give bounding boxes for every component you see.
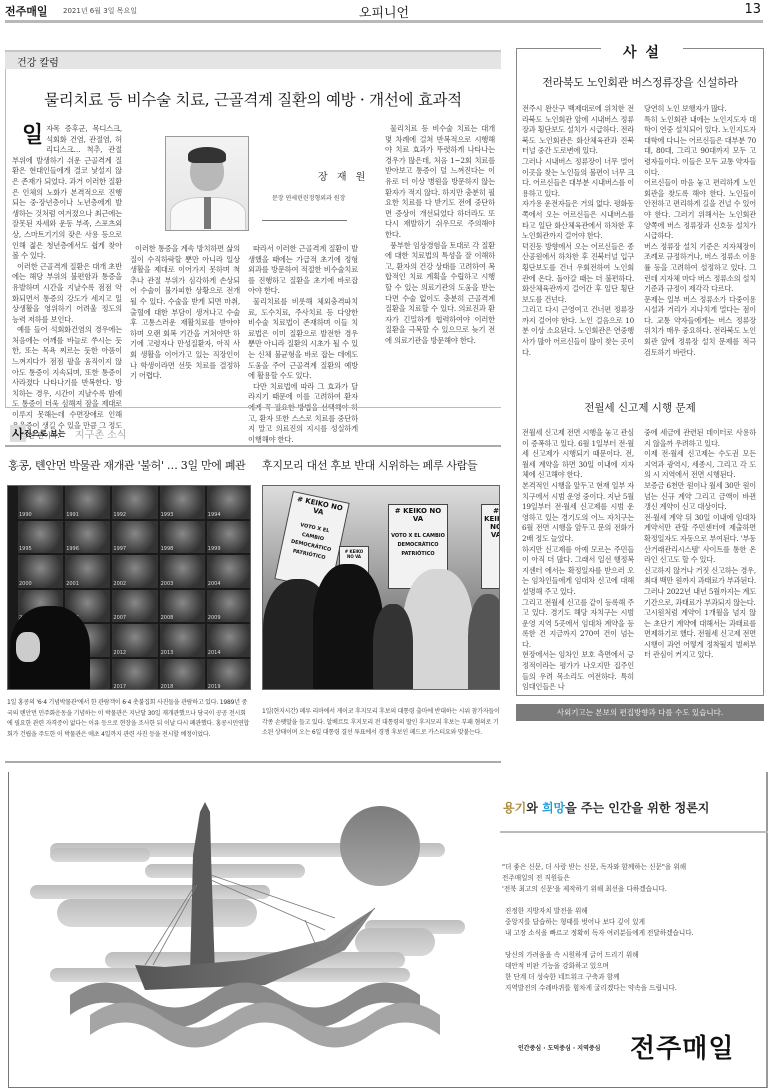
year-photo-tile: 2019 <box>207 659 251 691</box>
year-photo-tile: 1992 <box>112 486 157 519</box>
section-title: 오피니언 <box>5 2 763 21</box>
year-photo-tile: 1997 <box>112 521 157 554</box>
author-role: 문장 연세린린정형외과 원장 <box>272 193 345 202</box>
photo-title-hongkong: 홍콩, 톈안먼 박물관 재개관 '불허' … 3일 만에 폐관 <box>8 457 245 473</box>
year-photo-tile: 2004 <box>207 555 251 588</box>
photo-news-header: 사 진으로 보는 지구촌 소식 <box>5 425 501 447</box>
year-photo-tile: 2007 <box>112 590 157 623</box>
editorial-sub-col-2: 중에 세금에 관련된 데이터로 사용하지 않을까 우려하고 있다. 이제 전·월… <box>644 428 756 661</box>
year-photo-tile: 1990 <box>18 486 63 519</box>
year-photo-tile: 2017 <box>112 659 157 691</box>
author-name: 장 재 원 <box>318 168 368 183</box>
disclaimer-banner: 사외기고는 본보의 편집방향과 다를 수도 있습니다. <box>516 704 764 721</box>
year-photo-tile: 1991 <box>65 486 110 519</box>
year-photo-tile: 2012 <box>112 624 157 657</box>
year-photo-tile: 1993 <box>160 486 205 519</box>
health-col-1: 일자목 증후군, 목디스크, 석회화 건염, 관절염, 허리디스크… 척추, 관… <box>12 124 122 442</box>
editorial-title: 전라북도 노인회관 버스정류장을 신설하라 <box>516 74 764 90</box>
header-rule <box>5 20 763 23</box>
health-column-title: 물리치료 등 비수술 치료, 근골격계 질환의 예방 · 개선에 효과적 <box>5 88 501 110</box>
page-number: 13 <box>744 2 761 17</box>
ad-paragraph-3: 당신의 가려움을 속 시원하게 긁어 드리기 위해 대안적 비판 기능을 강화하… <box>505 950 677 994</box>
year-photo-tile: 2001 <box>65 555 110 588</box>
year-photo-tile: 1999 <box>207 521 251 554</box>
page-header: 전주매일 2021년 6월 3일 목요일 오피니언 13 <box>5 0 763 22</box>
author-photo <box>165 136 249 231</box>
year-photo-tile: 2009 <box>207 590 251 623</box>
ad-rule <box>500 831 768 833</box>
tiananmen-museum-photo: 1990199119921993199419951996199719981999… <box>7 485 251 690</box>
section-divider <box>5 761 501 763</box>
year-photo-tile: 1996 <box>65 521 110 554</box>
column-tag-bar: 건강 칼럼 <box>5 50 501 69</box>
year-photo-tile: 2000 <box>18 555 63 588</box>
ad-slogan: 용기와 희망을 주는 인간을 위한 정론지 <box>503 799 709 816</box>
author-rule <box>262 220 347 221</box>
ad-paragraph-1: "더 좋은 신문, 더 사랑 받는 신문, 독자와 함께하는 신문"을 위해 전… <box>502 862 686 895</box>
editorial-label: 사 설 <box>601 42 683 62</box>
peru-protest-photo: # KEIKO NO VAVOTO X EL CAMBIO DEMOCRÁTIC… <box>262 485 500 690</box>
year-photo-tile: 2013 <box>160 624 205 657</box>
editorial-sub-title: 전월세 신고제 시행 문제 <box>516 400 764 415</box>
dropcap: 일 <box>22 124 43 146</box>
ad-paragraph-2: 진정한 지방자치 발전을 위해 중앙지를 답습하는 형태를 벗어나 보다 깊이 … <box>505 906 694 939</box>
editorial-sub-col-1: 전월세 신고제 전면 시행을 놓고 관심이 증폭하고 있다. 6월 1일부터 전… <box>522 428 634 693</box>
editorial-col-1: 전주시 완산구 백제대로에 위치한 전라북도 노인회관 앞에 시내버스 정류장과… <box>522 104 634 358</box>
caption-peru: 1일(현지시간) 페루 리마에서 게이코 후지모리 후보의 대통령 출마에 반대… <box>262 707 500 739</box>
year-photo-tile: 2002 <box>112 555 157 588</box>
ad-logo: 전주매일 <box>630 1028 734 1065</box>
year-photo-tile: 1998 <box>160 521 205 554</box>
pen-nib-ship-icon <box>25 800 465 1060</box>
ad-tagline: 인간중심 · 도덕중심 · 지역중심 <box>518 1043 600 1052</box>
health-col-3: 따라서 이러한 근골격계 질환이 발생했을 때에는 가급적 초기에 정형외과를 … <box>248 244 358 445</box>
visitor-silhouette <box>10 606 90 690</box>
protest-sign: # KEIKO NO VA <box>481 504 500 589</box>
year-photo-tile: 1995 <box>18 521 63 554</box>
editorial-col-2: 당연히 노인 보행자가 많다. 특히 노인회관 내에는 노인지도자 대학이 연중… <box>644 104 756 358</box>
column-tag: 건강 칼럼 <box>17 54 59 69</box>
year-photo-tile: 1994 <box>207 486 251 519</box>
year-photo-tile: 2003 <box>160 555 205 588</box>
photo-title-peru: 후지모리 대선 후보 반대 시위하는 페루 사람들 <box>262 457 477 473</box>
year-photo-tile: 2014 <box>207 624 251 657</box>
health-col-2: 이러한 통증을 계속 방치하면 삶의 질이 수직하락할 뿐만 아니라 일상생활을… <box>130 244 240 382</box>
year-photo-tile: 2018 <box>160 659 205 691</box>
caption-hongkong: 1일 홍콩의 '6·4 기념박물관'에서 한 관람객이 6·4 촛불집회 사진들… <box>7 698 251 740</box>
section-divider <box>5 407 501 408</box>
year-photo-tile: 2008 <box>160 590 205 623</box>
health-col-4: 물리치료 등 비수술 치료는 대개 몇 차례에 걸쳐 반복적으로 시행해야 치료… <box>385 124 495 346</box>
